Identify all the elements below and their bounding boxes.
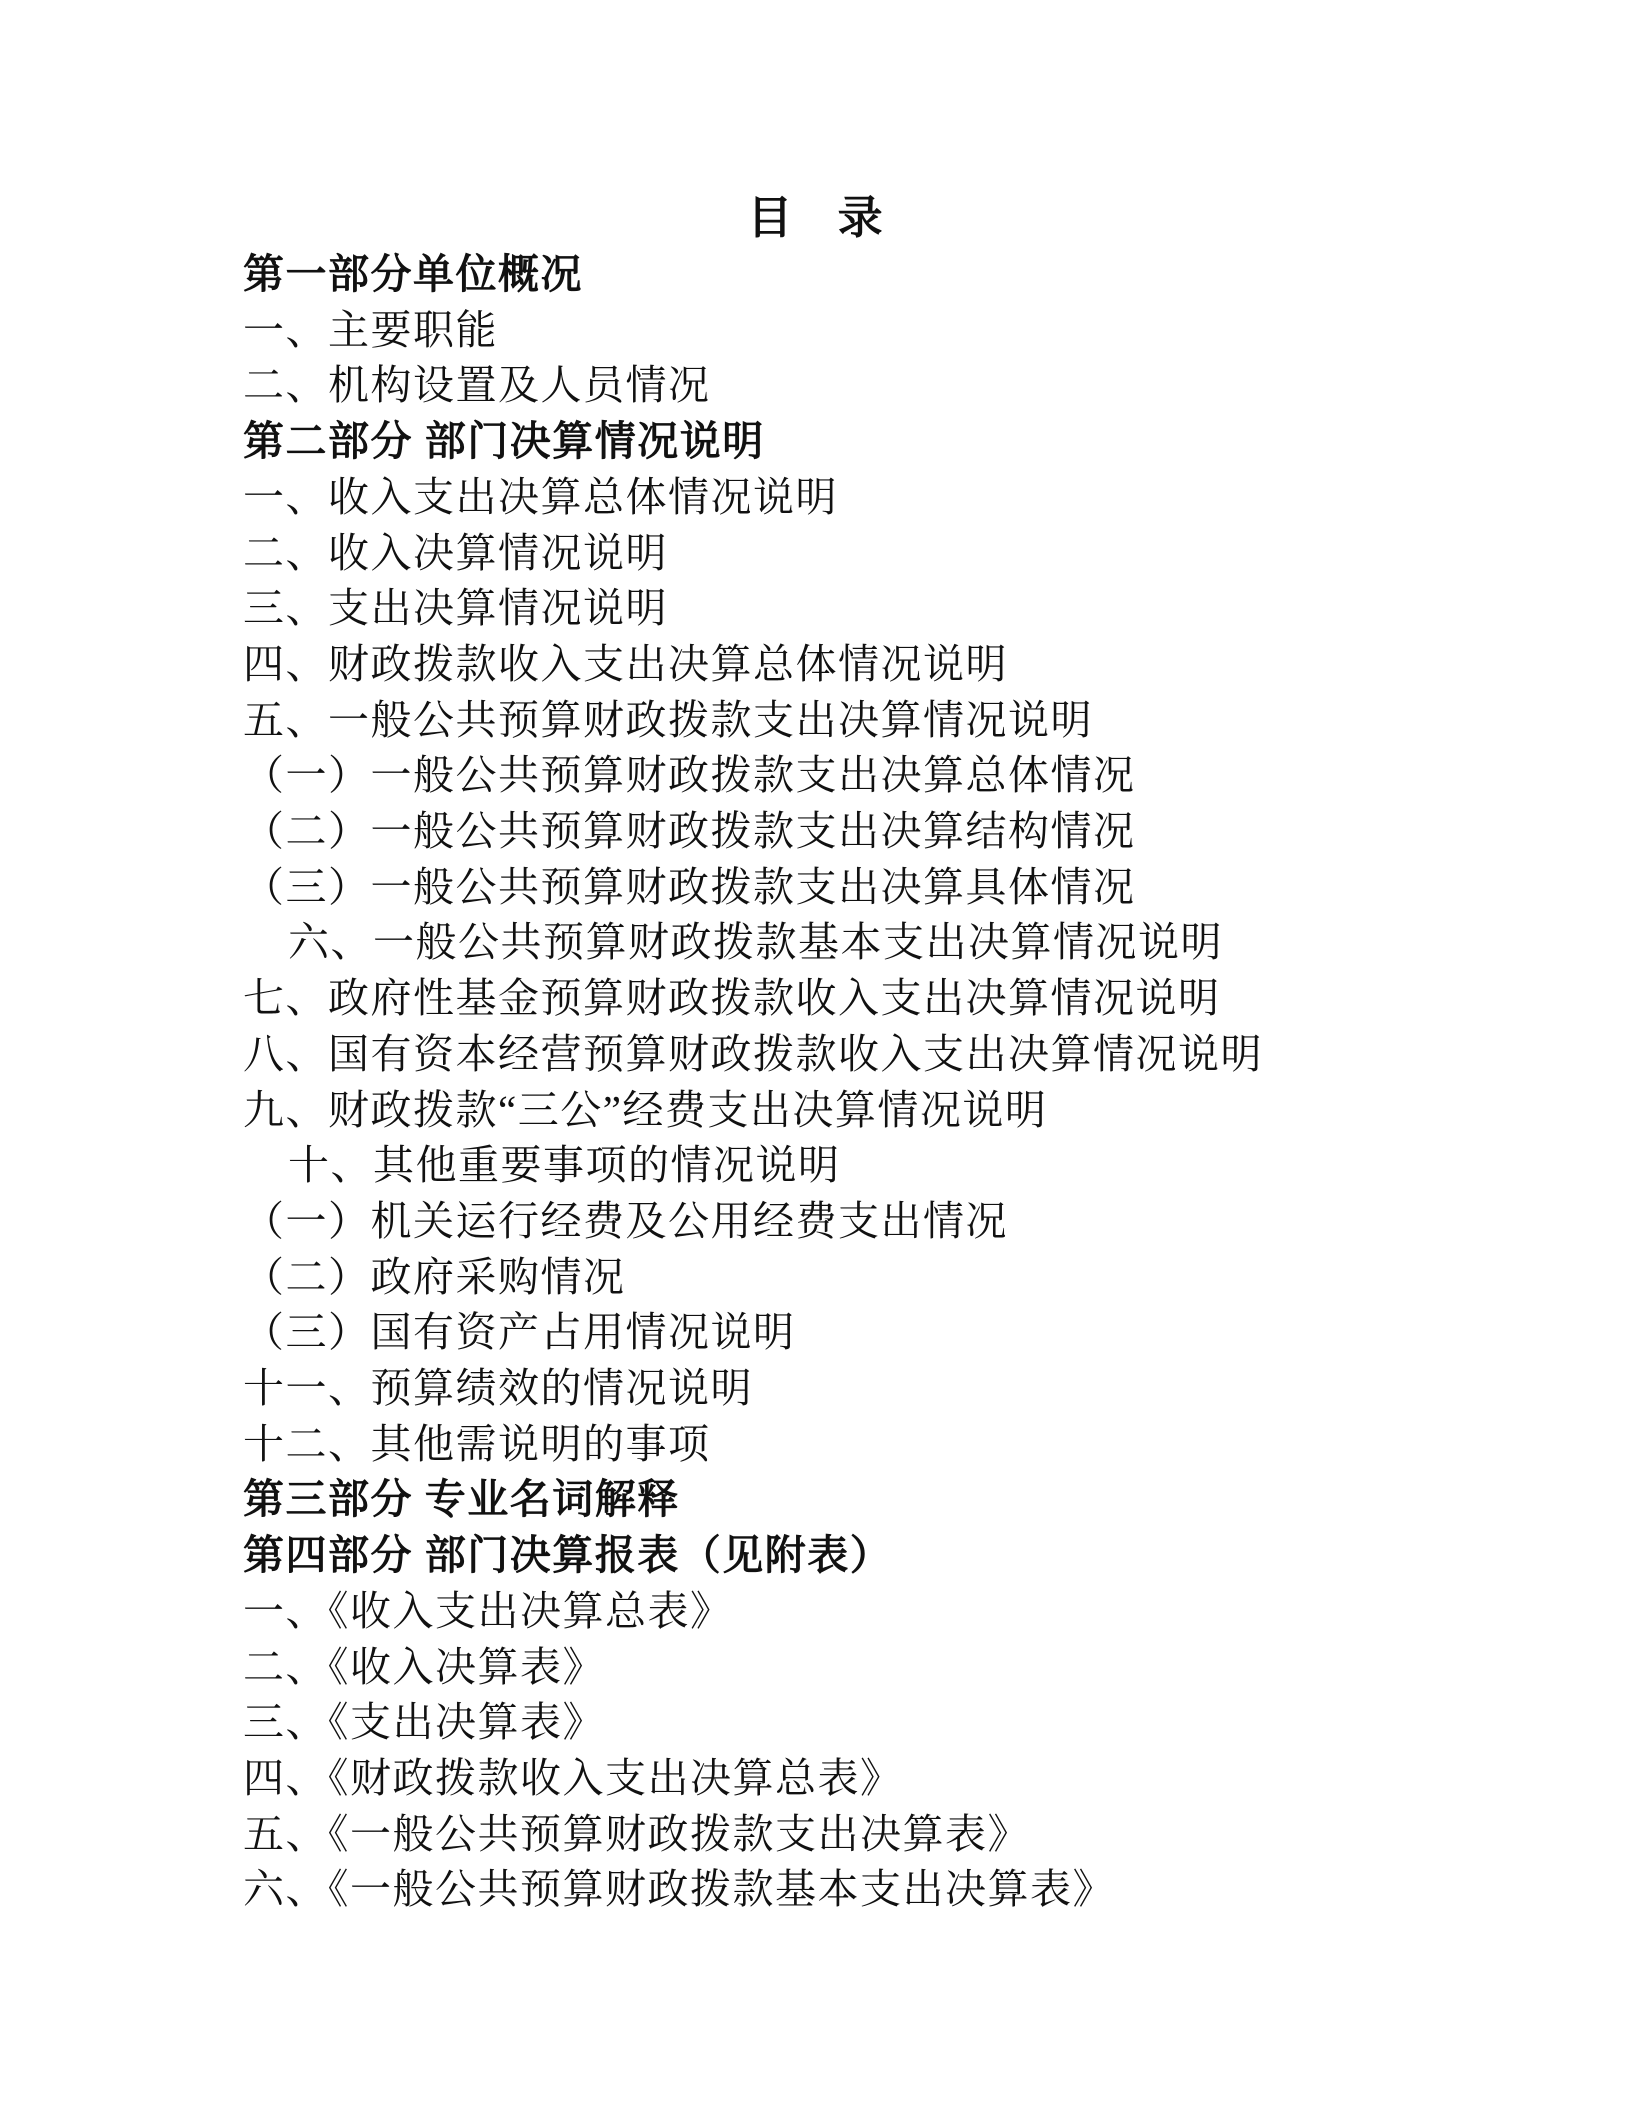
toc-line: （二）一般公共预算财政拨款支出决算结构情况 — [243, 804, 1572, 860]
toc-line: 二、《收入决算表》 — [243, 1640, 1572, 1696]
toc-line: 三、支出决算情况说明 — [243, 581, 1572, 637]
toc-line: 二、收入决算情况说明 — [243, 526, 1572, 582]
toc-line: （三）一般公共预算财政拨款支出决算具体情况 — [243, 860, 1572, 916]
toc-line: 一、主要职能 — [243, 303, 1572, 359]
toc-line: 第四部分 部门决算报表（见附表） — [243, 1528, 1572, 1584]
toc-line: 五、《一般公共预算财政拨款支出决算表》 — [243, 1807, 1572, 1863]
toc-line: 一、《收入支出决算总表》 — [243, 1584, 1572, 1640]
toc-line: 九、财政拨款“三公”经费支出决算情况说明 — [243, 1083, 1572, 1139]
toc-line: 十二、其他需说明的事项 — [243, 1417, 1572, 1473]
toc-line: 八、国有资本经营预算财政拨款收入支出决算情况说明 — [243, 1027, 1572, 1083]
toc-list: 第一部分单位概况一、主要职能二、机构设置及人员情况第二部分 部门决算情况说明一、… — [243, 247, 1572, 1918]
toc-line: 十一、预算绩效的情况说明 — [243, 1361, 1572, 1417]
toc-line: 五、一般公共预算财政拨款支出决算情况说明 — [243, 693, 1572, 749]
toc-line: 第一部分单位概况 — [243, 247, 1572, 303]
toc-line: 六、《一般公共预算财政拨款基本支出决算表》 — [243, 1862, 1572, 1918]
toc-line: 四、财政拨款收入支出决算总体情况说明 — [243, 637, 1572, 693]
document-page: 目 录 第一部分单位概况一、主要职能二、机构设置及人员情况第二部分 部门决算情况… — [0, 0, 1632, 2112]
toc-line: 七、政府性基金预算财政拨款收入支出决算情况说明 — [243, 971, 1572, 1027]
toc-line: （一）一般公共预算财政拨款支出决算总体情况 — [243, 748, 1572, 804]
toc-line: 一、收入支出决算总体情况说明 — [243, 470, 1572, 526]
toc-line: 四、《财政拨款收入支出决算总表》 — [243, 1751, 1572, 1807]
toc-line: 十、其他重要事项的情况说明 — [243, 1138, 1572, 1194]
toc-line: （三）国有资产占用情况说明 — [243, 1305, 1572, 1361]
toc-line: （一）机关运行经费及公用经费支出情况 — [243, 1194, 1572, 1250]
toc-line: （二）政府采购情况 — [243, 1250, 1572, 1306]
toc-line: 三、《支出决算表》 — [243, 1695, 1572, 1751]
toc-line: 六、一般公共预算财政拨款基本支出决算情况说明 — [243, 915, 1572, 971]
toc-line: 第三部分 专业名词解释 — [243, 1472, 1572, 1528]
toc-line: 第二部分 部门决算情况说明 — [243, 414, 1572, 470]
toc-line: 二、机构设置及人员情况 — [243, 358, 1572, 414]
toc-title: 目 录 — [0, 193, 1632, 243]
